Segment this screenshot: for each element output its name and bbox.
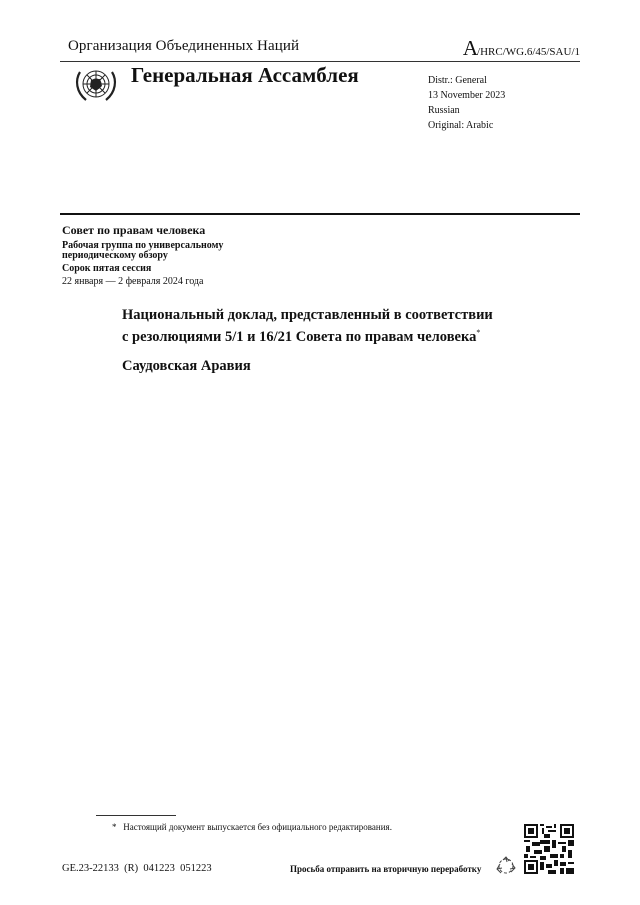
document-language: Russian	[428, 103, 505, 118]
council-name: Совет по правам человека	[62, 223, 205, 238]
organization-name: Организация Объединенных Наций	[68, 38, 299, 55]
session-dates: 22 января — 2 февраля 2024 года	[62, 276, 203, 287]
footnote-reference[interactable]: *	[476, 328, 480, 337]
recycle-icon	[496, 856, 516, 876]
footnote-rule	[96, 815, 176, 816]
session-name: Сорок пятая сессия	[62, 263, 151, 274]
original-language: Original: Arabic	[428, 118, 505, 133]
working-group-line2: периодическому обзору	[62, 250, 168, 261]
footnote: * Настоящий документ выпускается без офи…	[112, 822, 392, 832]
un-emblem-icon	[74, 64, 118, 104]
footnote-mark: *	[112, 822, 117, 832]
symbol-rest: /HRC/WG.6/45/SAU/1	[477, 46, 580, 58]
country-name: Саудовская Аравия	[122, 358, 251, 375]
title-line1: Национальный доклад, представленный в со…	[122, 306, 493, 324]
distribution-block: Distr.: General 13 November 2023 Russian…	[428, 73, 505, 133]
issue-date: 13 November 2023	[428, 88, 505, 103]
header-rule	[60, 61, 580, 62]
document-title: Национальный доклад, представленный в со…	[122, 306, 493, 346]
symbol-prefix: A	[463, 36, 477, 60]
general-assembly-title: Генеральная Ассамблея	[131, 63, 359, 88]
recycle-notice: Просьба отправить на вторичную переработ…	[290, 864, 481, 874]
job-number: GE.23-22133 (R) 041223 051223	[62, 863, 212, 874]
section-rule	[60, 213, 580, 215]
distribution-type: Distr.: General	[428, 73, 505, 88]
qr-code-icon[interactable]	[524, 824, 574, 874]
title-line2: с резолюциями 5/1 и 16/21 Совета по прав…	[122, 329, 476, 345]
footnote-text: Настоящий документ выпускается без офици…	[123, 822, 392, 832]
document-symbol: A/HRC/WG.6/45/SAU/1	[463, 36, 580, 61]
